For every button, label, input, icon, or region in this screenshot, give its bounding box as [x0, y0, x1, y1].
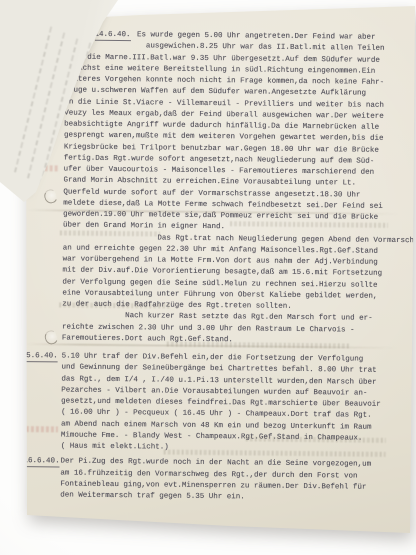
margin-date: 16.6.40. — [24, 456, 60, 468]
text-line-content: ufer über Vaucourtois - Maisoncelles - F… — [64, 165, 375, 176]
text-line-content: Der Pi.Zug des Rgt.wurde noch in der Nac… — [61, 458, 372, 469]
text-line-content: Kriegsbrücke bei Trilport benutzbar war.… — [64, 143, 379, 154]
text-line-content: der Verfolgung gegen die Seine südl.Melu… — [62, 278, 377, 289]
text-line-content: Pezarches - Vilbert an.Die Vorausabteilu… — [61, 386, 367, 397]
text-line-content: gesetzt,und meldeten dieses feindfrei.Da… — [61, 397, 381, 408]
text-line-content: mit der Div.auf.Die Vororientierung besa… — [63, 267, 383, 278]
text-line-content: den Weitermarsch traf gegen 5.35 Uhr ein… — [60, 491, 245, 501]
margin-date: 15.6.40. — [22, 351, 58, 363]
text-line-content: und Gewinnung der Seineübergänge bei Cha… — [62, 364, 377, 375]
text-line-content: war vorübergehend in La Motte Frm.Von do… — [63, 255, 378, 266]
text-line-content: Fontainebleau ging,von evt.Minensperren … — [60, 480, 366, 491]
text-line-content: weiteres Vorgehen konnte noch nicht in F… — [65, 75, 385, 86]
photo-background: noch 14.6.40. Es wurde gegen 5.00 Uhr an… — [0, 0, 416, 555]
text-line-content: an und erreichte gegen 22.30 Uhr mit Anf… — [63, 244, 378, 255]
text-line-content: in die Linie St.Viacre - Villemareuil - … — [64, 98, 384, 109]
text-lines: noch 14.6.40. Es wurde gegen 5.00 Uhr an… — [60, 29, 395, 505]
bleed-through-text — [60, 230, 160, 236]
text-line-content: gesprengt waren,mußte mit dem weiteren V… — [64, 132, 384, 143]
text-line-content: am Abend nach einem Marsch von 48 Km ein… — [61, 420, 372, 431]
text-line-content: über die Marne.III.Batl.war 9.35 Uhr übe… — [65, 53, 380, 64]
text-line-content: am 16.frühzeitig den Vormarschweg des Rg… — [60, 469, 357, 480]
text-line-content: Veuzy les Meaux ergab,daß der Feind über… — [64, 109, 384, 120]
text-line-content: zeuge u.schweren Waffen auf dem Südufer … — [64, 87, 366, 98]
text-line-content: reichte zwischen 2.30 Uhr und 3.00 Uhr d… — [62, 323, 355, 334]
text-line-content: Grand Morin Abschnitt zu erreichen.Eine … — [63, 177, 356, 188]
bleed-through-mark — [6, 426, 58, 433]
text-line: den Weitermarsch traf gegen 5.35 Uhr ein… — [60, 490, 390, 505]
text-line-content: meldete diese,daß La Motte Ferme schwach… — [63, 199, 383, 210]
text-line-content: Nach kurzer Rast setzte das Rgt.den Mars… — [62, 312, 373, 323]
text-line-content: 5.10 Uhr traf der Div.Befehl ein,der die… — [62, 352, 364, 363]
text-line-content: zunächst eine weitere Bereitstellung in … — [65, 64, 376, 75]
text-line-content: fertig.Das Rgt.wurde sofort angesetzt,na… — [64, 154, 375, 165]
text-line-content: eine Vorausabteilung unter Führung von O… — [62, 289, 377, 300]
text-line-content: das Rgt., dem I/4 , I./40 u.1.Pi.13 unte… — [61, 375, 376, 386]
punch-hole-top — [43, 188, 60, 205]
text-line-content: ( 16.00 Uhr ) - Pecqueux ( 16.45 Uhr ) -… — [61, 409, 372, 420]
text-line-content: ( Haus mit elekt.Licht.) — [61, 442, 169, 451]
text-line-content: ausgewichen.8.25 Uhr war das II.Batl.mit… — [65, 42, 385, 53]
text-line-content: Querfeld wurde sofort auf der Vormarschs… — [63, 188, 360, 199]
text-line-content: beabsichtigte Angriff wurde dadurch hinf… — [64, 120, 379, 131]
